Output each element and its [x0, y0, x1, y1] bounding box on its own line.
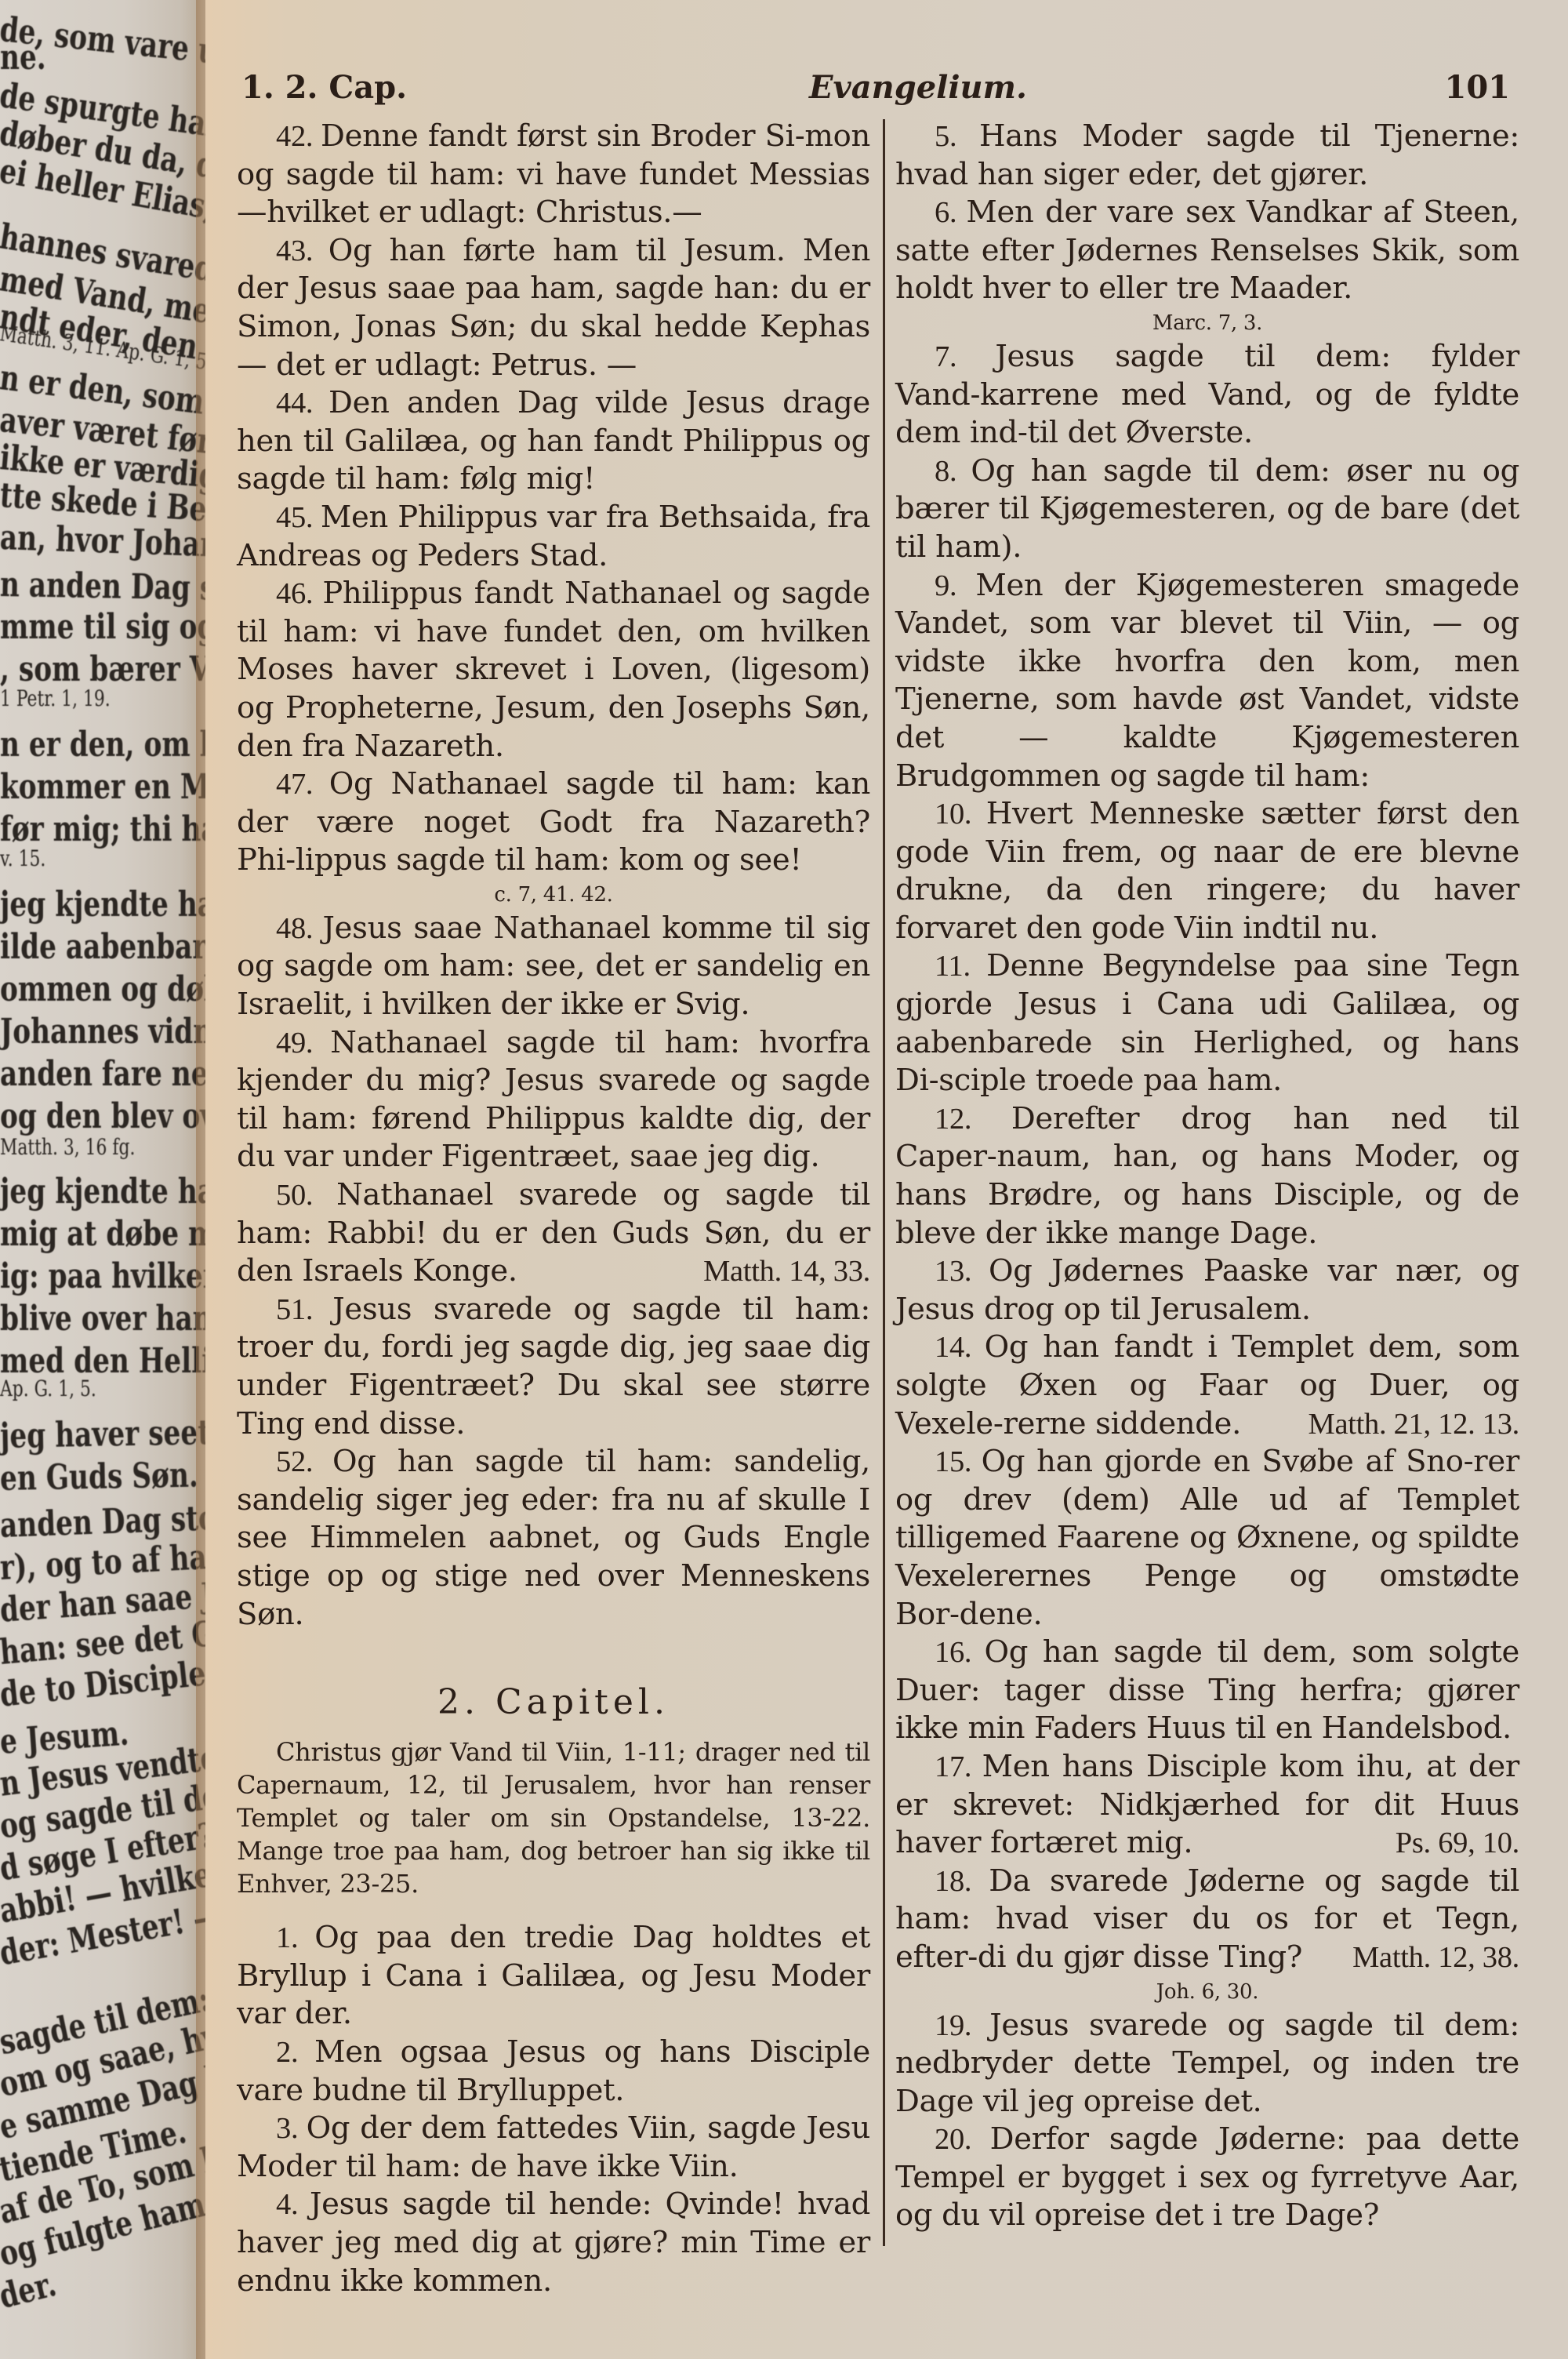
verse: 15. Og han gjorde en Svøbe af Sno‑rer og…: [895, 1443, 1519, 1634]
verse: 52. Og han sagde til ham: sandelig, sand…: [237, 1443, 870, 1634]
previous-page-line: jeg haver seet det og vidnet: [0, 1409, 205, 1456]
previous-page-line: n er den, om hvilken jeg: [0, 725, 205, 765]
chapter-2-verses: 1. Og paa den tredie Dag holdtes et Bryl…: [237, 1919, 870, 2300]
verse: 20. Derfor sagde Jøderne: paa dette Temp…: [895, 2121, 1519, 2235]
verse-text: Den anden Dag vilde Jesus drage hen til …: [237, 385, 870, 496]
verse-text: Nathanael sagde til ham: hvorfra kjender…: [237, 1025, 870, 1175]
previous-page-line: v. 15.: [0, 845, 45, 871]
verse-number: 49.: [276, 1027, 330, 1060]
verse-number: 10.: [935, 798, 986, 831]
verse: 18. Da svarede Jøderne og sagde til ham:…: [895, 1863, 1519, 1977]
previous-page-line: 1 Petr. 1, 19.: [0, 685, 111, 711]
previous-page-line: blive over ham, han er: [0, 1299, 205, 1339]
chapter-range: 1. 2. Cap.: [241, 69, 407, 106]
previous-page-line: Matth. 3, 16 fg.: [0, 1134, 135, 1160]
verse-text: Og han førte ham til Jesum. Men der Jesu…: [237, 233, 870, 383]
verse: 3. Og der dem fattedes Viin, sagde Jesu …: [237, 2110, 870, 2186]
verse: 16. Og han sagde til dem, som solgte Due…: [895, 1634, 1519, 1748]
verse-text: Jesus sagde til hende: Qvinde! hvad have…: [237, 2186, 870, 2298]
verse: 49. Nathanael sagde til ham: hvorfra kje…: [237, 1024, 870, 1176]
verse: 19. Jesus svarede og sagde til dem: nedb…: [895, 2007, 1519, 2121]
previous-page-line: an, hvor Johannes døbte: [0, 518, 205, 570]
previous-page-line: med den Hellig Aand.: [0, 1341, 205, 1381]
verse-number: 12.: [935, 1103, 1011, 1136]
verse: 2. Men ogsaa Jesus og hans Disciple vare…: [237, 2034, 870, 2110]
previous-page-line: mme til sig og siger:: [0, 607, 205, 647]
verse-number: 44.: [276, 387, 328, 420]
previous-page-line: ommen og døber med Vand: [0, 969, 205, 1009]
verse-number: 17.: [935, 1750, 982, 1783]
verse-number: 19.: [935, 2009, 989, 2042]
previous-page-line: ig: paa hvilken du seer Aanden: [0, 1256, 205, 1296]
verse-text: Og der dem fattedes Viin, sagde Jesu Mod…: [237, 2110, 870, 2184]
verse: 10. Hvert Menneske sætter først den gode…: [895, 795, 1519, 947]
chapter-summary: Christus gjør Vand til Viin, 1‑11; drage…: [237, 1736, 870, 1900]
previous-page-line: anden fare ned som en Due: [0, 1054, 205, 1094]
verse-text: Og paa den tredie Dag holdtes et Bryllup…: [237, 1920, 870, 2031]
verse-number: 8.: [935, 455, 971, 488]
verse: 46. Philippus fandt Nathanael og sagde t…: [237, 575, 870, 765]
verse-number: 48.: [276, 912, 323, 945]
left-column: 42. Denne fandt først sin Broder Si‑mon …: [237, 118, 870, 2300]
previous-page-line: og den blev over ham.: [0, 1096, 205, 1136]
chapter-1-verses: 42. Denne fandt først sin Broder Si‑mon …: [237, 118, 870, 1634]
verse: 42. Denne fandt først sin Broder Si‑mon …: [237, 118, 870, 232]
verse: 14. Og han fandt i Templet dem, som solg…: [895, 1329, 1519, 1443]
verse-number: 42.: [276, 120, 321, 153]
verse-text: Og Jødernes Paaske var nær, og Jesus dro…: [895, 1253, 1519, 1327]
verse-text: Og han sagde til dem: øser nu og bærer t…: [895, 453, 1519, 565]
verse-number: 9.: [935, 569, 975, 602]
verse-number: 14.: [935, 1331, 985, 1364]
verse: 50. Nathanael svarede og sagde til ham: …: [237, 1176, 870, 1291]
previous-page-line: en Guds Søn.: [0, 1456, 198, 1499]
previous-page-line: mig at døbe med Vand: [0, 1214, 205, 1254]
verse-text: Denne Begyndelse paa sine Tegn gjorde Je…: [895, 948, 1519, 1098]
verse-number: 47.: [276, 768, 329, 801]
verse-number: 16.: [935, 1636, 984, 1669]
verse-text: Hvert Menneske sætter først den gode Vii…: [895, 796, 1519, 946]
verse: 43. Og han førte ham til Jesum. Men der …: [237, 232, 870, 384]
verse-number: 46.: [276, 577, 322, 610]
verse-number: 3.: [276, 2112, 307, 2145]
verse-text: Og han gjorde en Svøbe af Sno‑rer og dre…: [895, 1444, 1519, 1631]
verse-text: Og Nathanael sagde til ham: kan der være…: [237, 766, 870, 878]
verse-text: Men der vare sex Vandkar af Steen, satte…: [895, 194, 1519, 306]
verse-text: Hans Moder sagde til Tjenerne: hvad han …: [895, 118, 1519, 192]
cross-reference: c. 7, 41. 42.: [237, 880, 870, 910]
verse: 13. Og Jødernes Paaske var nær, og Jesus…: [895, 1252, 1519, 1329]
verse: 17. Men hans Disciple kom ihu, at der er…: [895, 1748, 1519, 1863]
verse-number: 7.: [935, 340, 995, 373]
verse-text: Jesus svarede og sagde til dem: nedbryde…: [895, 2008, 1519, 2119]
book-page: 1. 2. Cap. Evangelium. 101 42. Denne fan…: [205, 0, 1568, 2359]
previous-page-line: kommer en Mand, hvilken: [0, 767, 205, 807]
verse-number: 1.: [276, 1921, 314, 1954]
verse: 9. Men der Kjøgemesteren smagede Vandet,…: [895, 567, 1519, 796]
cross-reference: Matth. 21, 12. 13.: [1269, 1405, 1519, 1444]
verse-text: Philippus fandt Nathanael og sagde til h…: [237, 576, 870, 763]
previous-page-line: , som bærer Verdens Synd: [0, 649, 205, 689]
verse-number: 13.: [935, 1255, 989, 1288]
cross-reference: Matth. 14, 33.: [664, 1252, 870, 1291]
previous-page-edge: de, som vare udsendtene.de spurgte ham o…: [0, 0, 205, 2359]
verse-number: 45.: [276, 501, 321, 534]
column-divider: [883, 119, 885, 2246]
verse-text: Og han sagde til ham: sandelig, sandelig…: [237, 1444, 870, 1631]
verse-number: 20.: [935, 2123, 990, 2156]
verse-text: Jesus saae Nathanael komme til sig og sa…: [237, 911, 870, 1022]
cross-reference: Ps. 69, 10.: [1356, 1824, 1519, 1863]
previous-page-line: jeg kjendte ham ikke; men: [0, 885, 205, 925]
verse-text: Men ogsaa Jesus og hans Disciple vare bu…: [237, 2034, 870, 2108]
book-title: Evangelium.: [809, 69, 1027, 106]
verse-number: 18.: [935, 1865, 989, 1898]
verse: 1. Og paa den tredie Dag holdtes et Bryl…: [237, 1919, 870, 2034]
verse: 44. Den anden Dag vilde Jesus drage hen …: [237, 384, 870, 499]
verse: 4. Jesus sagde til hende: Qvinde! hvad h…: [237, 2186, 870, 2300]
previous-page-line: ilde aabenbares for Israel: [0, 927, 205, 967]
verse-number: 15.: [935, 1445, 982, 1478]
previous-page-line: før mig; thi han var førend: [0, 809, 205, 849]
verse-text: Men der Kjøgemesteren smagede Vandet, so…: [895, 568, 1519, 794]
previous-page-line: ne.: [0, 38, 46, 78]
previous-page-line: Ap. G. 1, 5.: [0, 1376, 96, 1401]
previous-page-line: jeg kjendte ham ikke; men: [0, 1172, 205, 1212]
verse-number: 11.: [935, 950, 986, 983]
page-number: 101: [1445, 69, 1511, 106]
chapter-2-verses-continued: 5. Hans Moder sagde til Tjenerne: hvad h…: [895, 118, 1519, 2235]
verse-text: Og han sagde til dem, som solgte Duer: t…: [895, 1634, 1519, 1746]
verse-number: 2.: [276, 2036, 314, 2069]
previous-page-line: anden Dag stod atter: [0, 1495, 205, 1546]
running-head: 1. 2. Cap. Evangelium. 101: [205, 69, 1568, 116]
verse-number: 43.: [276, 234, 328, 267]
verse-number: 52.: [276, 1445, 332, 1478]
verse: 48. Jesus saae Nathanael komme til sig o…: [237, 910, 870, 1024]
cross-reference: Joh. 6, 30.: [895, 1977, 1519, 2007]
verse: 47. Og Nathanael sagde til ham: kan der …: [237, 765, 870, 880]
verse-number: 5.: [935, 120, 979, 153]
verse: 45. Men Philippus var fra Bethsaida, fra…: [237, 499, 870, 575]
verse-number: 6.: [935, 196, 966, 229]
verse-number: 51.: [276, 1293, 332, 1326]
verse: 51. Jesus svarede og sagde til ham: troe…: [237, 1291, 870, 1443]
cross-reference: Matth. 12, 38.: [1313, 1939, 1519, 1977]
verse-text: Men Philippus var fra Bethsaida, fra And…: [237, 500, 870, 573]
cross-reference: Marc. 7, 3.: [895, 308, 1519, 338]
verse-number: 50.: [276, 1179, 336, 1212]
verse: 5. Hans Moder sagde til Tjenerne: hvad h…: [895, 118, 1519, 194]
verse: 8. Og han sagde til dem: øser nu og bære…: [895, 453, 1519, 567]
previous-page-line: n anden Dag seer Johannes: [0, 565, 205, 612]
verse: 12. Derefter drog han ned til Caper‑naum…: [895, 1100, 1519, 1252]
right-column: 5. Hans Moder sagde til Tjenerne: hvad h…: [895, 118, 1519, 2235]
verse: 7. Jesus sagde til dem: fylder Vand‑karr…: [895, 338, 1519, 453]
verse-text: Jesus svarede og sagde til ham: troer du…: [237, 1292, 870, 1441]
verse: 11. Denne Begyndelse paa sine Tegn gjord…: [895, 947, 1519, 1100]
verse-number: 4.: [276, 2188, 310, 2221]
verse-text: Denne fandt først sin Broder Si‑mon og s…: [237, 118, 870, 230]
previous-page-line: Johannes vidnede og sagde: [0, 1012, 205, 1052]
chapter-heading: 2. Capitel.: [237, 1679, 870, 1726]
verse: 6. Men der vare sex Vandkar af Steen, sa…: [895, 194, 1519, 308]
